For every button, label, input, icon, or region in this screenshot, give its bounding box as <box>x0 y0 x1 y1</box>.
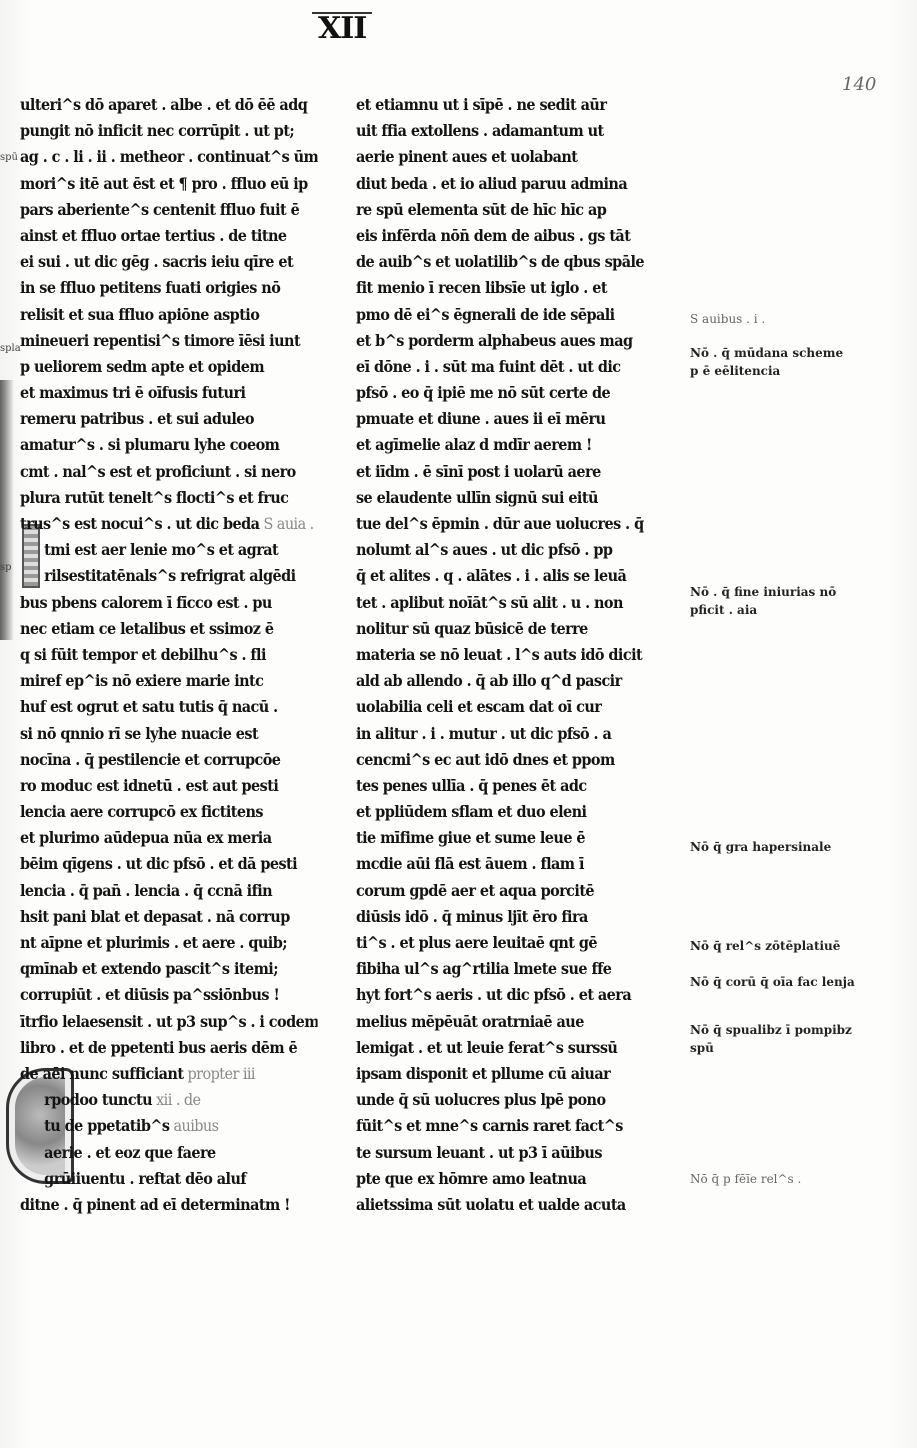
line-text: diut beda . et io aliud paruu admina <box>356 174 627 193</box>
line-text: ainst et ffluo ortae tertius . de titne <box>20 226 287 245</box>
line-text: lencia . q̄ pan̄ . lencia . q̄ ccnā ifin <box>20 881 272 900</box>
quire-mark: XII <box>312 12 372 44</box>
text-line: nolitur sū quaz būsicē de terre <box>356 616 654 642</box>
text-line: tes penes ullīa . q̄ penes ēt adc <box>356 773 654 799</box>
line-text: nolitur sū quaz būsicē de terre <box>356 619 588 638</box>
text-line: ulteri^s dō aparet . albe . et dō ēē adq <box>20 92 318 118</box>
text-line: relisit et sua ffluo apiōne asptio <box>20 302 318 328</box>
line-text: fūit^s et mne^s carnis raret fact^s <box>356 1116 623 1135</box>
text-line: plura rutūt tenelt^s flocti^s et fruc <box>20 485 318 511</box>
line-text: tes penes ullīa . q̄ penes ēt adc <box>356 776 587 795</box>
line-text: ei sui . ut dic gēg . sacris ieiu qīre e… <box>20 252 293 271</box>
text-line: uolabilia celi et escam dat oī cur <box>356 694 654 720</box>
text-line: materia se nō leuat . l^s auts idō dicit <box>356 642 654 668</box>
text-line: pmuate et diune . aues ii eī mēru <box>356 406 654 432</box>
line-text: aerie . et eoz que faere <box>44 1143 215 1162</box>
text-line: et b^s porderm alphabeus aues mag <box>356 328 654 354</box>
line-text: corrupiūt . et diūsis pa^ssiōnbus ! <box>20 985 279 1004</box>
margin-note: Nō . q̄ mūdana scheme <box>690 346 890 361</box>
line-text: bēim qīgens . ut dic pfsō . et dā pesti <box>20 854 297 873</box>
text-line: eis infērda nōn̄ dem de aibus . gs tāt <box>356 223 654 249</box>
text-line: tie mīfime giue et sume leue ē <box>356 825 654 851</box>
line-text: nocīna . q̄ pestilencie et corrupcōe <box>20 750 280 769</box>
text-line: corrupiūt . et diūsis pa^ssiōnbus ! <box>20 982 318 1008</box>
text-line: et agīmelie alaz d mdīr aerem ! <box>356 432 654 458</box>
text-line: miref ep^is nō exiere marie intc <box>20 668 318 694</box>
margin-note: Nō q̄ spualibz ī pompibz <box>690 1023 890 1038</box>
line-text: si nō qnnio rī se lyhe nuacie est <box>20 724 258 743</box>
margin-note: Nō q̄ p fēīe rel^s . <box>690 1172 890 1187</box>
margin-note: p ē eēlitencia <box>690 364 890 379</box>
line-text: aerie pinent aues et uolabant <box>356 147 577 166</box>
line-text: p ueliorem sedm apte et opidem <box>20 357 264 376</box>
line-text: tmi est aer lenie mo^s et agrat <box>44 540 278 559</box>
text-line: lencia aere corrupcō ex fictitens <box>20 799 318 825</box>
text-line: pmo dē ei^s ēgnerali de ide sēpali <box>356 302 654 328</box>
line-text: lencia aere corrupcō ex fictitens <box>20 802 263 821</box>
line-text: alietssima sūt uolatu et ualde acuta <box>356 1195 626 1214</box>
margin-note: Nō . q̄ fine iniurias nō <box>690 585 890 600</box>
binding-shadow <box>0 380 14 640</box>
text-line: ag . c . li . ii . metheor . continuat^s… <box>20 144 318 170</box>
text-line: fibiha ul^s ag^rtilia lmete sue ffe <box>356 956 654 982</box>
line-text: et b^s porderm alphabeus aues mag <box>356 331 633 350</box>
text-line: ei sui . ut dic gēg . sacris ieiu qīre e… <box>20 249 318 275</box>
text-line: melius mēpēuāt oratrniaē aue <box>356 1009 654 1035</box>
line-text: nec etiam ce letalibus et ssimoz ē <box>20 619 273 638</box>
line-text: rilsestitatēnals^s refrigrat algēdi <box>44 566 295 585</box>
line-text: lemigat . et ut leuie ferat^s surssū <box>356 1038 617 1057</box>
text-line: in alitur . i . mutur . ut dic pfsō . a <box>356 721 654 747</box>
line-text: in alitur . i . mutur . ut dic pfsō . a <box>356 724 611 743</box>
line-text: te sursum leuant . ut p3 ī aūibus <box>356 1143 602 1162</box>
text-line: et ppliūdem sflam et duo eleni <box>356 799 654 825</box>
line-text: de auib^s et uolatilib^s de qbus spāle <box>356 252 644 271</box>
line-text: uolabilia celi et escam dat oī cur <box>356 697 601 716</box>
line-text: libro . et de ppetenti bus aeris dēm ē <box>20 1038 297 1057</box>
line-text: ti^s . et plus aere leuitaē qnt gē <box>356 933 597 952</box>
line-text: et agīmelie alaz d mdīr aerem ! <box>356 435 592 454</box>
text-line: pars aberiente^s centenit ffluo fuit ē <box>20 197 318 223</box>
line-text: nt aīpne et plurimis . et aere . quib; <box>20 933 287 952</box>
text-line: nt aīpne et plurimis . et aere . quib; <box>20 930 318 956</box>
text-line: se elaudente ullīn signū sui eitū <box>356 485 654 511</box>
rubric-text: propter iii <box>183 1065 255 1083</box>
line-text: ald ab allendo . q̄ ab illo q^d pascir <box>356 671 622 690</box>
line-text: pmo dē ei^s ēgnerali de ide sēpali <box>356 305 615 324</box>
line-text: in se ffluo petitens fuati origies nō <box>20 278 280 297</box>
text-line: aerie pinent aues et uolabant <box>356 144 654 170</box>
text-line: diūsis idō . q̄ minus ljīt ēro fira <box>356 904 654 930</box>
text-line: fit menio ī recen libsīe ut iglo . et <box>356 275 654 301</box>
margin-note: spū <box>690 1041 890 1056</box>
line-text: et plurimo aūdepua nūa ex meria <box>20 828 271 847</box>
text-line: ipsam disponit et pllume cū aiuar <box>356 1061 654 1087</box>
text-line: hyt fort^s aeris . ut dic pfsō . et aera <box>356 982 654 1008</box>
text-line: lencia . q̄ pan̄ . lencia . q̄ ccnā ifin <box>20 878 318 904</box>
text-line: mineueri repentisi^s timore īēsi iunt <box>20 328 318 354</box>
line-text: materia se nō leuat . l^s auts idō dicit <box>356 645 642 664</box>
line-text: plura rutūt tenelt^s flocti^s et fruc <box>20 488 288 507</box>
text-line: si nō qnnio rī se lyhe nuacie est <box>20 721 318 747</box>
text-line: ti^s . et plus aere leuitaē qnt gē <box>356 930 654 956</box>
text-line: uit ffia extollens . adamantum ut <box>356 118 654 144</box>
line-text: hsit pani blat et depasat . nā corrup <box>20 907 290 926</box>
text-line: tet . aplibut noīāt^s sū alit . u . non <box>356 590 654 616</box>
line-text: q̄ et alites . q . alātes . i . alis se … <box>356 566 626 585</box>
text-line: et maximus tri ē oīfusis futuri <box>20 380 318 406</box>
text-line: corum gpdē aer et aqua porcitē <box>356 878 654 904</box>
text-line: diut beda . et io aliud paruu admina <box>356 171 654 197</box>
line-text: pfsō . eo q̄ ipiē me nō sūt certe de <box>356 383 610 402</box>
line-text: miref ep^is nō exiere marie intc <box>20 671 263 690</box>
text-line: mcdie aūi flā est āuem . flam ī <box>356 851 654 877</box>
text-line: aerie . et eoz que faere <box>20 1140 318 1166</box>
text-line: pte que ex hōmre amo leatnua <box>356 1166 654 1192</box>
line-text: melius mēpēuāt oratrniaē aue <box>356 1012 584 1031</box>
text-line: amatur^s . si plumaru lyhe coeom <box>20 432 318 458</box>
margin-note: Nō q̄ corū q̄ oīa fac lenja <box>690 975 890 990</box>
line-text: tue del^s ēpmin . dūr aue uolucres . q̄ <box>356 514 644 533</box>
text-line: de aēi nunc sufficiant propter iii <box>20 1061 318 1087</box>
text-line: nec etiam ce letalibus et ssimoz ē <box>20 616 318 642</box>
text-line: ditne . q̄ pinent ad eī determinatm ! <box>20 1192 318 1218</box>
text-line: et plurimo aūdepua nūa ex meria <box>20 825 318 851</box>
line-text: q si fūit tempor et debilhu^s . fli <box>20 645 266 664</box>
line-text: pungit nō inficit nec corrūpit . ut pt; <box>20 121 294 140</box>
margin-note: Nō q̄ rel^s zōtēplatiuē <box>690 939 890 954</box>
line-text: uit ffia extollens . adamantum ut <box>356 121 604 140</box>
text-line: fūit^s et mne^s carnis raret fact^s <box>356 1113 654 1139</box>
line-text: mineueri repentisi^s timore īēsi iunt <box>20 331 300 350</box>
text-line: grūiiuentu . reftat dēo aluf <box>20 1166 318 1192</box>
line-text: diūsis idō . q̄ minus ljīt ēro fira <box>356 907 588 926</box>
text-line: cmt . nal^s est et proficiunt . si nero <box>20 459 318 485</box>
line-text: re spū elementa sūt de hīc hīc ap <box>356 200 606 219</box>
text-line: ainst et ffluo ortae tertius . de titne <box>20 223 318 249</box>
line-text: ipsam disponit et pllume cū aiuar <box>356 1064 610 1083</box>
line-text: ītrfio lelaesensit . ut p3 sup^s . i cod… <box>20 1012 318 1031</box>
line-text: ditne . q̄ pinent ad eī determinatm ! <box>20 1195 290 1214</box>
line-text: et ppliūdem sflam et duo eleni <box>356 802 586 821</box>
line-text: tet . aplibut noīāt^s sū alit . u . non <box>356 593 623 612</box>
margin-note: pficit . aia <box>690 603 890 618</box>
text-line: ald ab allendo . q̄ ab illo q^d pascir <box>356 668 654 694</box>
line-text: amatur^s . si plumaru lyhe coeom <box>20 435 279 454</box>
line-text: mcdie aūi flā est āuem . flam ī <box>356 854 584 873</box>
line-text: relisit et sua ffluo apiōne asptio <box>20 305 259 324</box>
text-line: unde q̄ sū uolucres plus lpē pono <box>356 1087 654 1113</box>
line-text: qmīnab et extendo pascit^s itemi; <box>20 959 278 978</box>
text-line: nolumt al^s aues . ut dic pfsō . pp <box>356 537 654 563</box>
line-text: se elaudente ullīn signū sui eitū <box>356 488 598 507</box>
text-line: te sursum leuant . ut p3 ī aūibus <box>356 1140 654 1166</box>
text-line: cencmi^s ec aut idō dnes et ppom <box>356 747 654 773</box>
line-text: huf est ogrut et satu tutis q̄ nacū . <box>20 697 278 716</box>
text-line: qmīnab et extendo pascit^s itemi; <box>20 956 318 982</box>
text-line: rilsestitatēnals^s refrigrat algēdi <box>20 563 318 589</box>
text-line: tu de ppetatib^s auibus <box>20 1113 318 1139</box>
line-text: trus^s est nocui^s . ut dic beda <box>20 514 259 533</box>
text-line: q si fūit tempor et debilhu^s . fli <box>20 642 318 668</box>
line-text: unde q̄ sū uolucres plus lpē pono <box>356 1090 606 1109</box>
line-text: grūiiuentu . reftat dēo aluf <box>44 1169 246 1188</box>
left-margin-mark: spla <box>0 343 21 354</box>
line-text: et etiamnu ut i sīpē . ne sedit aūr <box>356 95 606 114</box>
rubric-text: S auia . xxii <box>259 515 317 533</box>
line-text: cencmi^s ec aut idō dnes et ppom <box>356 750 615 769</box>
line-text: remeru patribus . et sui aduleo <box>20 409 254 428</box>
line-text: pmuate et diune . aues ii eī mēru <box>356 409 605 428</box>
text-line: bus pbens calorem ī fīcco est . pu <box>20 590 318 616</box>
text-line: alietssima sūt uolatu et ualde acuta <box>356 1192 654 1218</box>
line-text: ulteri^s dō aparet . albe . et dō ēē adq <box>20 95 307 114</box>
text-line: libro . et de ppetenti bus aeris dēm ē <box>20 1035 318 1061</box>
line-text: et maximus tri ē oīfusis futuri <box>20 383 245 402</box>
text-line: et iīdm . ē sīnī post i uolarū aere <box>356 459 654 485</box>
text-line: tue del^s ēpmin . dūr aue uolucres . q̄ <box>356 511 654 537</box>
left-margin-mark: sp <box>0 562 12 573</box>
text-line: ro moduc est idnetū . est aut pesti <box>20 773 318 799</box>
line-text: bus pbens calorem ī fīcco est . pu <box>20 593 272 612</box>
text-line: eī dōne . i . sūt ma fuint dēt . ut dic <box>356 354 654 380</box>
text-line: huf est ogrut et satu tutis q̄ nacū . <box>20 694 318 720</box>
line-text: nolumt al^s aues . ut dic pfsō . pp <box>356 540 612 559</box>
margin-note: Nō q̄ gra hapersinale <box>690 840 890 855</box>
text-line: pfsō . eo q̄ ipiē me nō sūt certe de <box>356 380 654 406</box>
text-line: lemigat . et ut leuie ferat^s surssū <box>356 1035 654 1061</box>
text-line: pungit nō inficit nec corrūpit . ut pt; <box>20 118 318 144</box>
text-line: q̄ et alites . q . alātes . i . alis se … <box>356 563 654 589</box>
text-line: de auib^s et uolatilib^s de qbus spāle <box>356 249 654 275</box>
line-text: de aēi nunc sufficiant <box>20 1064 183 1083</box>
text-line: remeru patribus . et sui aduleo <box>20 406 318 432</box>
text-line: ītrfio lelaesensit . ut p3 sup^s . i cod… <box>20 1009 318 1035</box>
line-text: fibiha ul^s ag^rtilia lmete sue ffe <box>356 959 611 978</box>
rubric-text: auibus <box>169 1117 218 1135</box>
line-text: eis infērda nōn̄ dem de aibus . gs tāt <box>356 226 630 245</box>
line-text: rpodoo tunctu <box>44 1090 152 1109</box>
line-text: cmt . nal^s est et proficiunt . si nero <box>20 462 296 481</box>
margin-note: S auibus . i . <box>690 312 890 327</box>
line-text: pars aberiente^s centenit ffluo fuit ē <box>20 200 299 219</box>
text-line: re spū elementa sūt de hīc hīc ap <box>356 197 654 223</box>
left-text-column: ulteri^s dō aparet . albe . et dō ēē adq… <box>20 92 340 1218</box>
line-text: hyt fort^s aeris . ut dic pfsō . et aera <box>356 985 631 1004</box>
line-text: fit menio ī recen libsīe ut iglo . et <box>356 278 607 297</box>
text-line: et etiamnu ut i sīpē . ne sedit aūr <box>356 92 654 118</box>
folio-number: 140 <box>842 74 876 95</box>
text-line: mori^s itē aut ēst et ¶ pro . ffluo eū i… <box>20 171 318 197</box>
text-line: nocīna . q̄ pestilencie et corrupcōe <box>20 747 318 773</box>
text-line: rpodoo tunctu xii . de <box>20 1087 318 1113</box>
line-text: pte que ex hōmre amo leatnua <box>356 1169 586 1188</box>
text-line: p ueliorem sedm apte et opidem <box>20 354 318 380</box>
right-text-column: et etiamnu ut i sīpē . ne sedit aūruit f… <box>356 92 676 1218</box>
text-line: hsit pani blat et depasat . nā corrup <box>20 904 318 930</box>
line-text: eī dōne . i . sūt ma fuint dēt . ut dic <box>356 357 620 376</box>
line-text: ag . c . li . ii . metheor . continuat^s… <box>20 147 318 166</box>
left-margin-mark: spū <box>0 152 18 163</box>
line-text: tu de ppetatib^s <box>44 1116 169 1135</box>
line-text: et iīdm . ē sīnī post i uolarū aere <box>356 462 601 481</box>
line-text: mori^s itē aut ēst et ¶ pro . ffluo eū i… <box>20 174 308 193</box>
line-text: corum gpdē aer et aqua porcitē <box>356 881 594 900</box>
manuscript-page: XII 140 ulteri^s dō aparet . albe . et d… <box>0 0 917 1448</box>
text-line: in se ffluo petitens fuati origies nō <box>20 275 318 301</box>
text-line: trus^s est nocui^s . ut dic beda S auia … <box>20 511 318 537</box>
text-line: bēim qīgens . ut dic pfsō . et dā pesti <box>20 851 318 877</box>
line-text: ro moduc est idnetū . est aut pesti <box>20 776 278 795</box>
rubric-text: xii . de <box>152 1091 200 1109</box>
line-text: tie mīfime giue et sume leue ē <box>356 828 585 847</box>
text-line: tmi est aer lenie mo^s et agrat <box>20 537 318 563</box>
